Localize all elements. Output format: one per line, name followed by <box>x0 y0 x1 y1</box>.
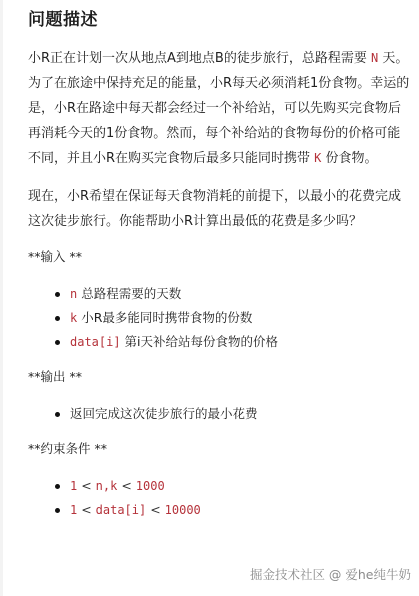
list-item: data[i] 第i天补给站每份食物的价格 <box>52 330 412 354</box>
left-edge-border <box>0 0 3 596</box>
bullet-icon <box>55 292 60 297</box>
watermark: 掘金技术社区 @ 爱he纯牛奶 <box>250 565 411 583</box>
list-item-text: 第i天补给站每份食物的价格 <box>121 334 278 349</box>
list-item: 1 < n,k < 1000 <box>52 474 412 498</box>
problem-description: 问题描述 小R正在计划一次从地点A到地点B的徒步旅行，总路程需要 N 天。为了在… <box>28 0 412 522</box>
inline-code: 1000 <box>136 479 165 493</box>
paragraph-text: 天。为了在旅途中保持充足的能量，小R每天必须消耗1份食物。幸运的是，小R在路途中… <box>28 51 409 166</box>
operator: < <box>77 478 95 493</box>
bullet-icon <box>55 508 60 513</box>
bullet-icon <box>55 484 60 489</box>
list-item-text: 小R最多能同时携带食物的份数 <box>77 310 252 325</box>
inline-code: data[i] <box>96 503 147 517</box>
inline-code: 10000 <box>165 503 201 517</box>
list-item: 1 < data[i] < 10000 <box>52 498 412 522</box>
list-item: k 小R最多能同时携带食物的份数 <box>52 306 412 330</box>
inline-code: n,k <box>96 479 118 493</box>
bullet-icon <box>55 340 60 345</box>
section-title: 问题描述 <box>28 0 412 32</box>
description-paragraph-1: 小R正在计划一次从地点A到地点B的徒步旅行，总路程需要 N 天。为了在旅途中保持… <box>28 46 412 171</box>
paragraph-text: 小R正在计划一次从地点A到地点B的徒步旅行，总路程需要 <box>28 51 371 66</box>
constraints-list: 1 < n,k < 1000 1 < data[i] < 10000 <box>28 474 412 522</box>
bullet-icon <box>55 316 60 321</box>
list-item-text: 总路程需要的天数 <box>77 286 181 301</box>
list-item: n 总路程需要的天数 <box>52 282 412 306</box>
input-label: **输入 ** <box>28 246 412 268</box>
list-item: 返回完成这次徒步旅行的最小花费 <box>52 402 412 426</box>
inline-code: data[i] <box>70 335 121 349</box>
constraints-label: **约束条件 ** <box>28 438 412 460</box>
bullet-icon <box>55 412 60 417</box>
output-list: 返回完成这次徒步旅行的最小花费 <box>28 402 412 426</box>
list-item-text: 返回完成这次徒步旅行的最小花费 <box>70 406 258 421</box>
operator: < <box>117 478 135 493</box>
output-label: **输出 ** <box>28 366 412 388</box>
operator: < <box>77 502 95 517</box>
description-paragraph-2: 现在，小R希望在保证每天食物消耗的前提下，以最小的花费完成这次徒步旅行。你能帮助… <box>28 184 412 234</box>
paragraph-text: 份食物。 <box>321 151 377 166</box>
input-list: n 总路程需要的天数 k 小R最多能同时携带食物的份数 data[i] 第i天补… <box>28 282 412 354</box>
operator: < <box>146 502 164 517</box>
